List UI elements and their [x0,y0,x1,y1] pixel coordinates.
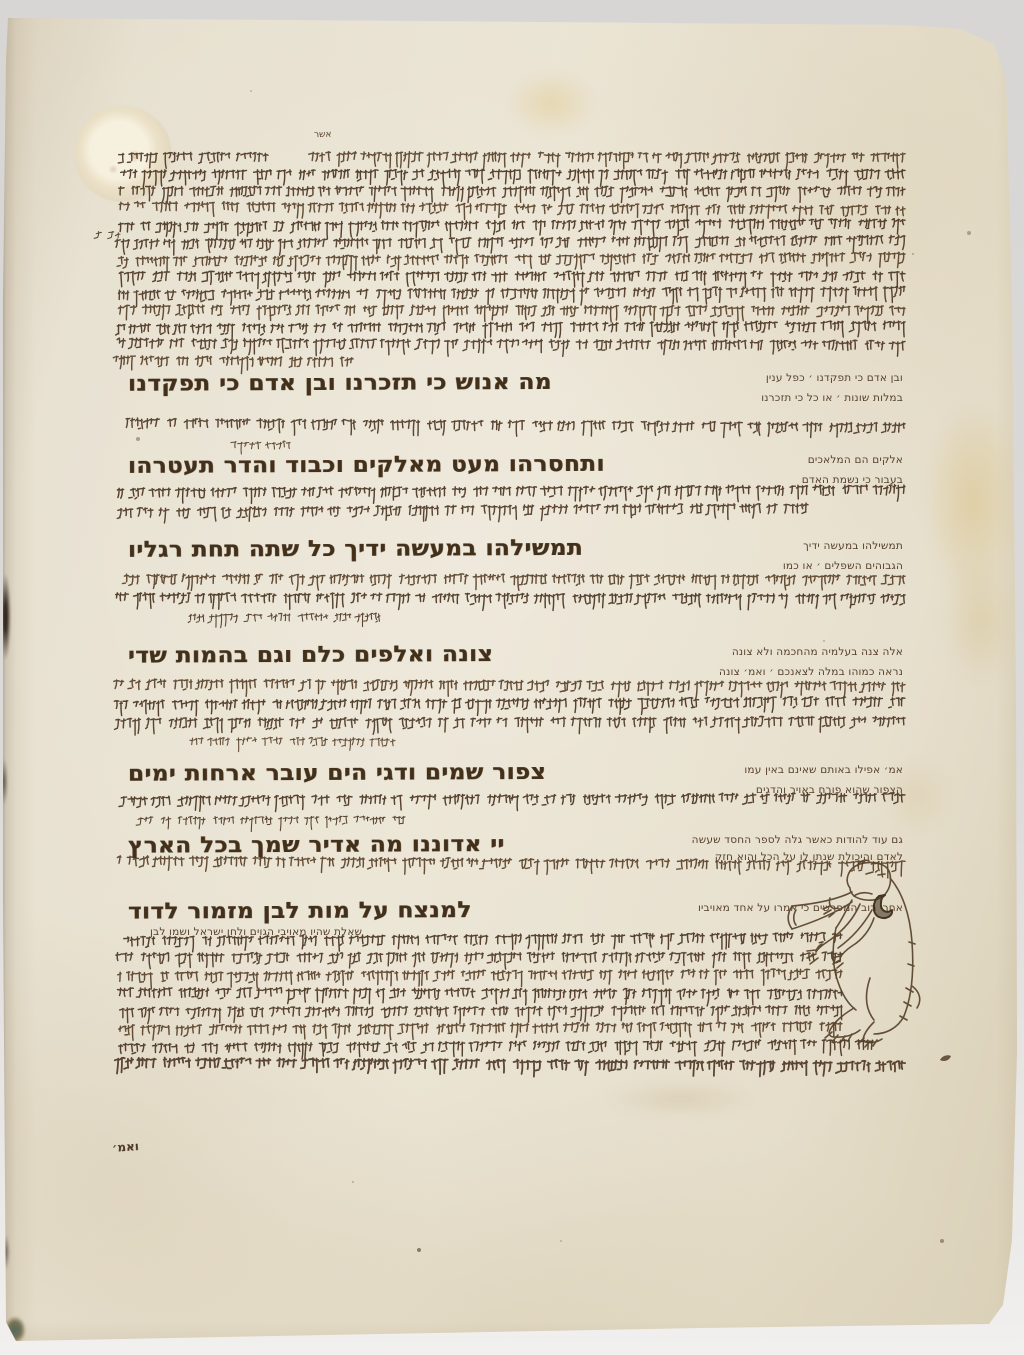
gloss-line: תמשילהו במעשה ידיך [803,540,903,552]
ink-blot [938,1052,954,1064]
verdigris-spot [4,1316,26,1344]
top-stain [505,70,597,136]
gutter-ink-blob [0,758,8,806]
psalm-8-5-lemma: מה אנוש כי תזכרנו ובן אדם כי תפקדנו [128,369,552,396]
gloss-line: אמ׳ אפילו באותם שאינם באין עמו [744,764,903,776]
manuscript-photo: אשר מה אנוש כי תזכרנו ובן אדם כי תפקדנו … [0,0,1024,1355]
wax-stain [74,106,172,202]
psalm-8-9-lemma: צפור שמים ודגי הים עובר ארחות ימים [128,759,546,786]
marginal-drawing-trumpeting-animal-icon [786,858,936,1053]
gloss-line: הצפור שהוא פורח באויר והדגים [756,784,903,796]
psalm-8-7-lemma: תמשילהו במעשה ידיך כל שתה תחת רגליו [128,535,583,562]
parchment-page: אשר מה אנוש כי תזכרנו ובן אדם כי תפקדנו … [0,0,1024,1355]
gutter-ink-blob [0,573,11,661]
gloss-line: אלה צנה בעלמיה מהחכמה ולא צונה [732,646,903,658]
psalm-9-1-lemma: למנצח על מות לבן מזמור לדוד [128,898,472,925]
psalm-8-10-lemma: יי אדוננו מה אדיר שמך בכל הארץ [128,832,505,859]
gloss-line: בעבור כי נשמת האדם [802,474,903,486]
gloss-line: לאדם והיכולת שנתן לו על הכל והוא חזק [715,851,903,863]
interlinear-note: אשר [314,130,332,141]
gloss-line: אחרי רוב המפרשים כי אמרו על אחד מאויביו [698,902,903,914]
fly-specks [0,0,2,2]
gloss-line: הגבוהים השפלים ׳ או כמו [783,560,903,572]
psalm-8-8-lemma: צונה ואלפים כלם וגם בהמות שדי [128,642,493,669]
psalm-8-6-lemma: ותחסרהו מעט מאלקים וכבוד והדר תעטרהו [128,451,605,478]
gloss-line: ובן אדם כי תפקדנו ׳ כפל ענין [766,372,903,384]
gloss-line: גם עוד להודות כאשר גלה לספר החסד שעשה [692,834,903,846]
gloss-line: במלות שונות ׳ או כל כי תזכרנו [761,392,903,404]
gloss-line: שאלת שהיו מאויבי הגוים ולחן ישראל ושמו ל… [150,926,362,938]
bottom-smudge [600,1082,760,1116]
catchword: ואמ׳ [112,1139,140,1155]
gloss-line: אלקים הם המלאכים [808,454,903,466]
right-edge-stain-lower [944,556,1016,684]
gutter-ink-blob [1,1234,10,1270]
right-edge-stain [926,404,1020,600]
gloss-line: נראה כמוהו במלה לצאנכם ׳ ואמ׳ צונה [719,666,903,678]
